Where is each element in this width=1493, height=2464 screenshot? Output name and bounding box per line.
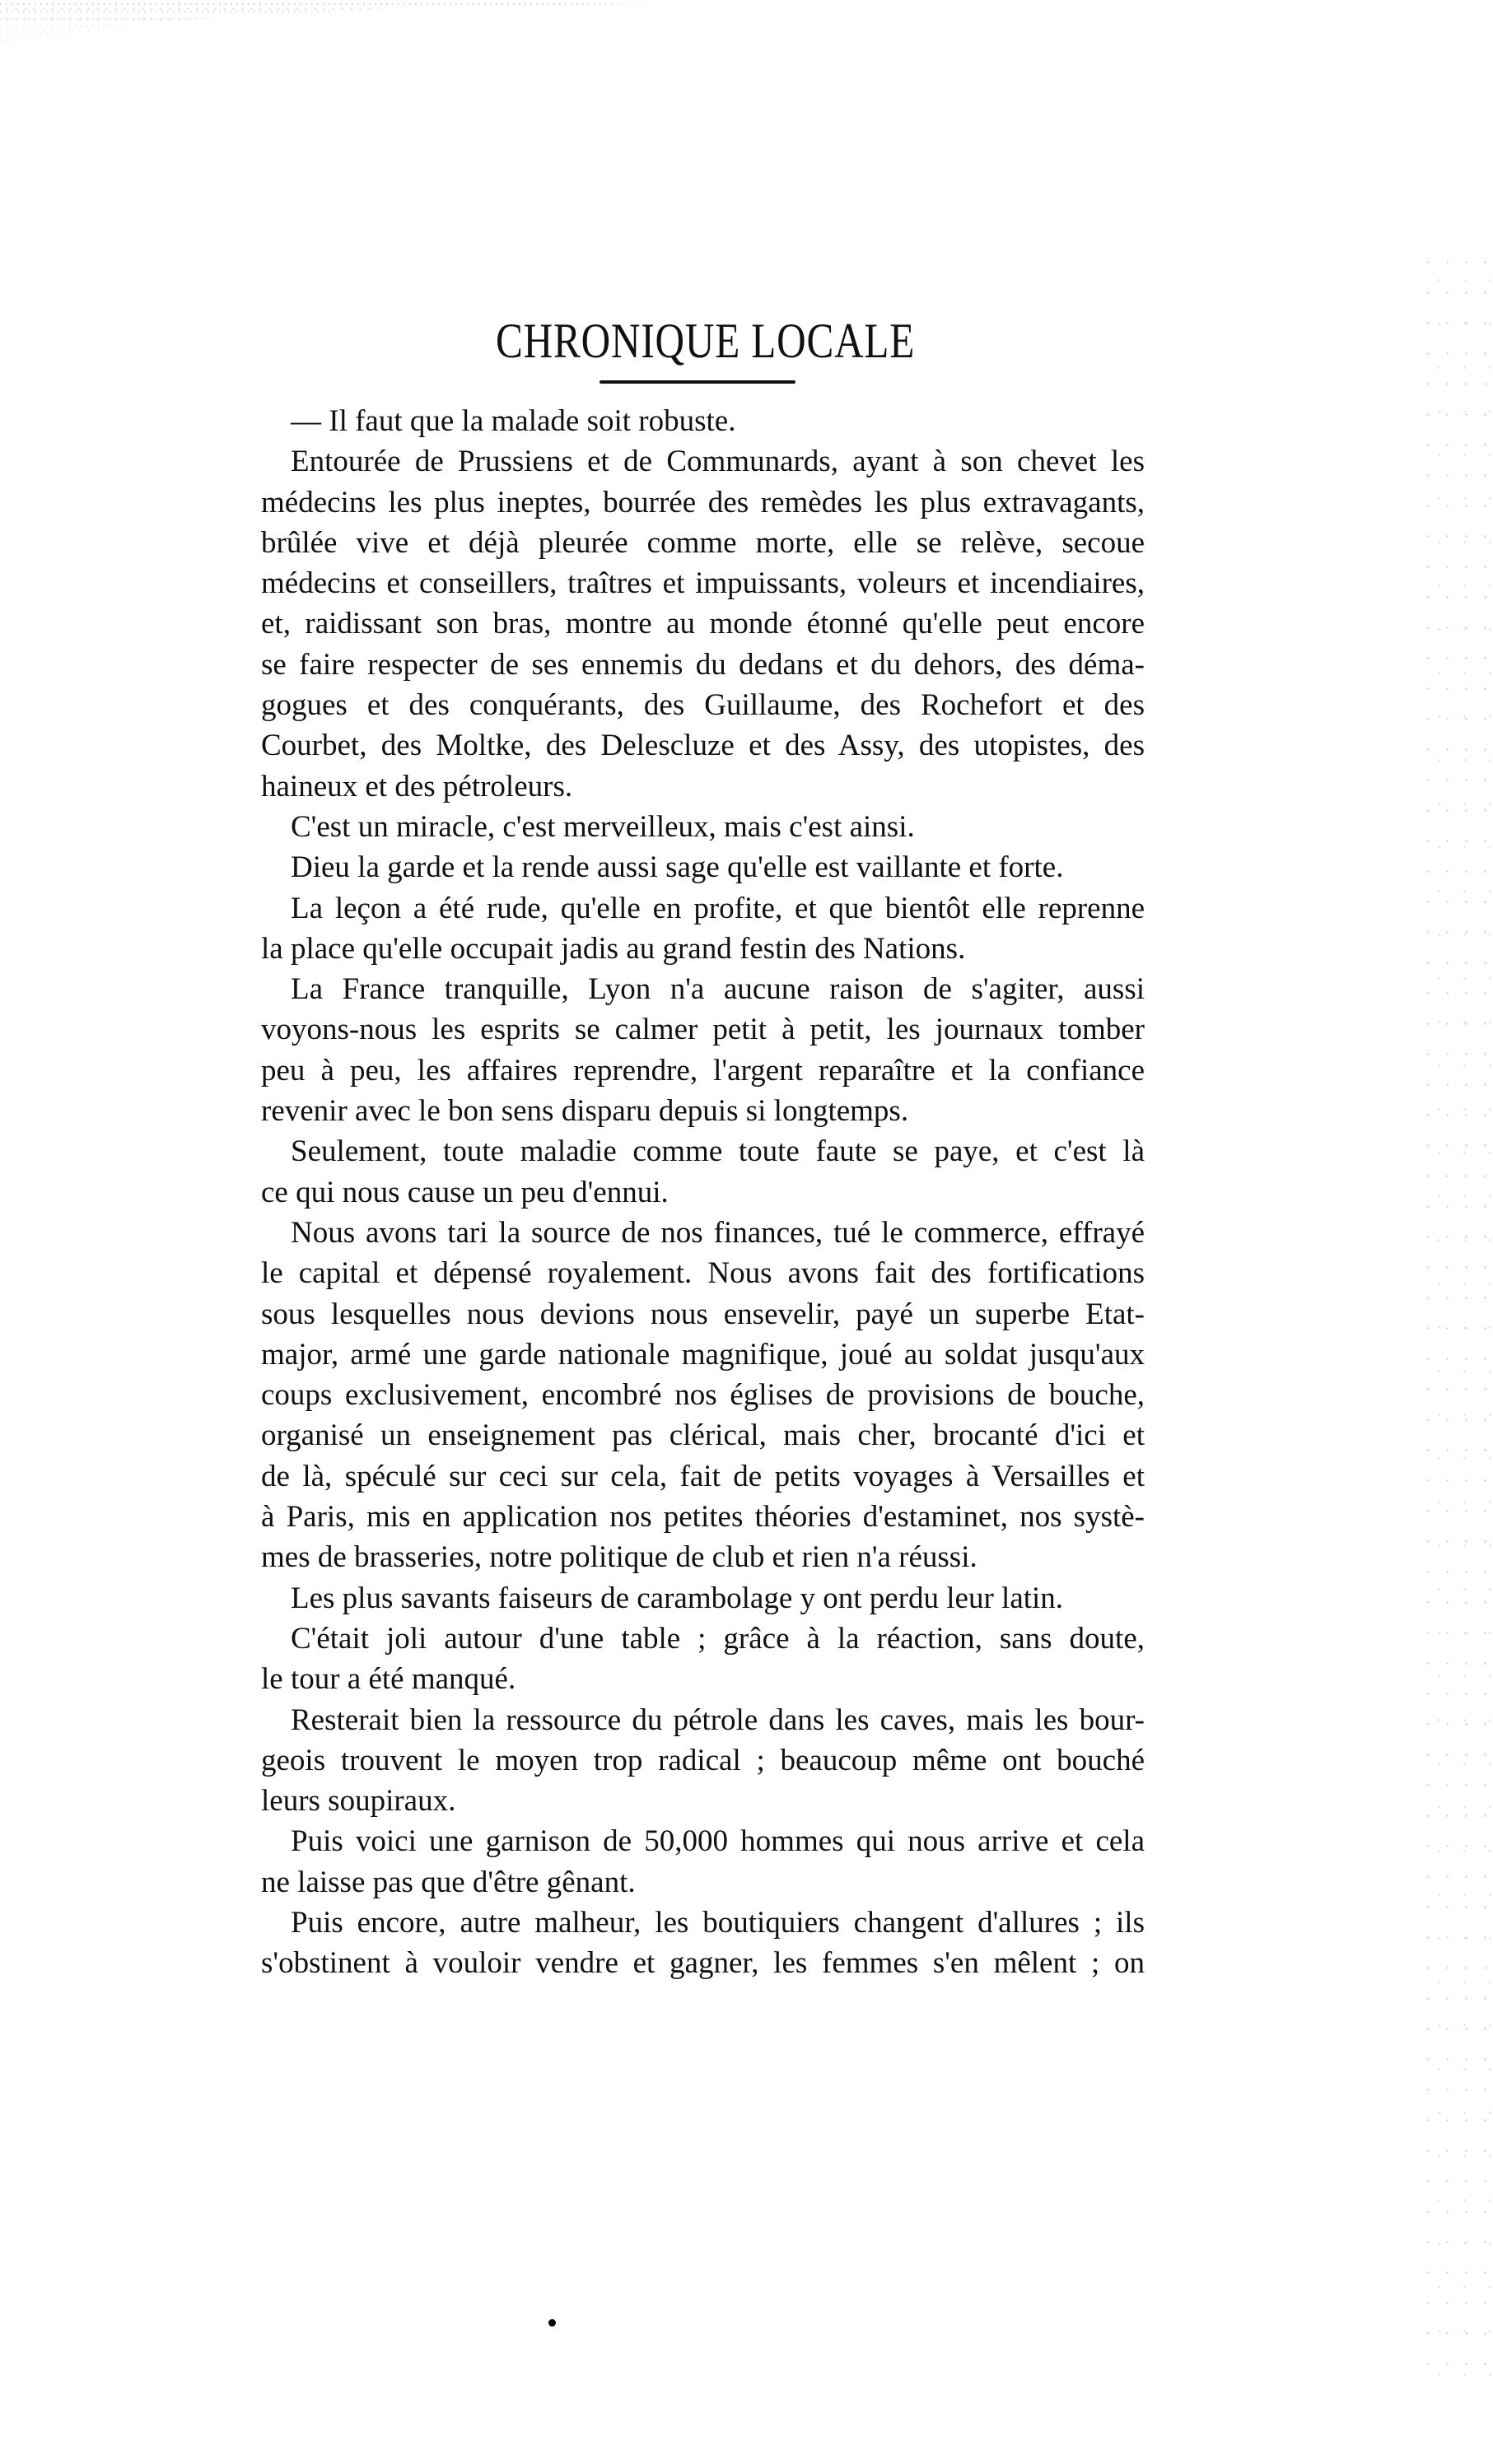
text-line: La leçon a été rude, qu'elle en profite,… <box>261 888 1145 929</box>
text-line: médecins les plus ineptes, bourrée des r… <box>261 482 1145 523</box>
text-line: revenir avec le bon sens disparu depuis … <box>261 1091 1145 1131</box>
text-line: Seulement, toute maladie comme toute fau… <box>261 1131 1145 1171</box>
title-divider-rule <box>600 380 795 384</box>
text-line: peu à peu, les affaires reprendre, l'arg… <box>261 1050 1145 1091</box>
text-line: Nous avons tari la source de nos finance… <box>261 1213 1145 1253</box>
text-line: C'est un miracle, c'est merveilleux, mai… <box>261 807 1145 847</box>
scan-noise-top-edge <box>0 0 1493 74</box>
text-line: La France tranquille, Lyon n'a aucune ra… <box>261 969 1145 1009</box>
text-line: médecins et conseillers, traîtres et imp… <box>261 563 1145 603</box>
text-line: ne laisse pas que d'être gênant. <box>261 1862 1145 1903</box>
scan-noise-right-edge <box>1419 247 1493 2387</box>
text-line: Puis voici une garnison de 50,000 hommes… <box>261 1821 1145 1861</box>
page-mark-dot <box>548 2319 556 2327</box>
text-line: Les plus savants faiseurs de carambolage… <box>261 1578 1145 1619</box>
text-line: coups exclusivement, encombré nos église… <box>261 1375 1145 1415</box>
text-line: Resterait bien la ressource du pétrole d… <box>261 1700 1145 1740</box>
text-line: major, armé une garde nationale magnifiq… <box>261 1334 1145 1375</box>
text-line: brûlée vive et déjà pleurée comme morte,… <box>261 523 1145 563</box>
text-line: organisé un enseignement pas clérical, m… <box>261 1415 1145 1456</box>
text-line: leurs soupiraux. <box>261 1781 1145 1821</box>
text-line: ce qui nous cause un peu d'ennui. <box>261 1172 1145 1213</box>
text-line: gogues et des conquérants, des Guillaume… <box>261 685 1145 725</box>
text-line: s'obstinent à vouloir vendre et gagner, … <box>261 1943 1145 1983</box>
text-line: Entourée de Prussiens et de Communards, … <box>261 441 1145 482</box>
text-line: C'était joli autour d'une table ; grâce … <box>261 1619 1145 1659</box>
text-line: Courbet, des Moltke, des Delescluze et d… <box>261 725 1145 766</box>
text-line: le tour a été manqué. <box>261 1659 1145 1699</box>
text-line: se faire respecter de ses ennemis du ded… <box>261 645 1145 685</box>
text-line: Puis encore, autre malheur, les boutiqui… <box>261 1903 1145 1943</box>
text-line: à Paris, mis en application nos petites … <box>261 1497 1145 1537</box>
text-line: et, raidissant son bras, montre au monde… <box>261 603 1145 644</box>
text-line: la place qu'elle occupait jadis au grand… <box>261 929 1145 969</box>
text-line: Dieu la garde et la rende aussi sage qu'… <box>261 847 1145 887</box>
text-line: geois trouvent le moyen trop radical ; b… <box>261 1740 1145 1781</box>
text-line: — Il faut que la malade soit robuste. <box>261 401 1145 441</box>
text-line: le capital et dépensé royalement. Nous a… <box>261 1253 1145 1293</box>
text-line: sous lesquelles nous devions nous enseve… <box>261 1294 1145 1334</box>
page-title: CHRONIQUE LOCALE <box>127 311 1284 370</box>
text-line: de là, spéculé sur ceci sur cela, fait d… <box>261 1456 1145 1497</box>
text-line: mes de brasseries, notre politique de cl… <box>261 1537 1145 1577</box>
text-line: haineux et des pétroleurs. <box>261 766 1145 807</box>
text-line: voyons-nous les esprits se calmer petit … <box>261 1009 1145 1050</box>
article-body: — Il faut que la malade soit robuste.Ent… <box>261 401 1145 1984</box>
